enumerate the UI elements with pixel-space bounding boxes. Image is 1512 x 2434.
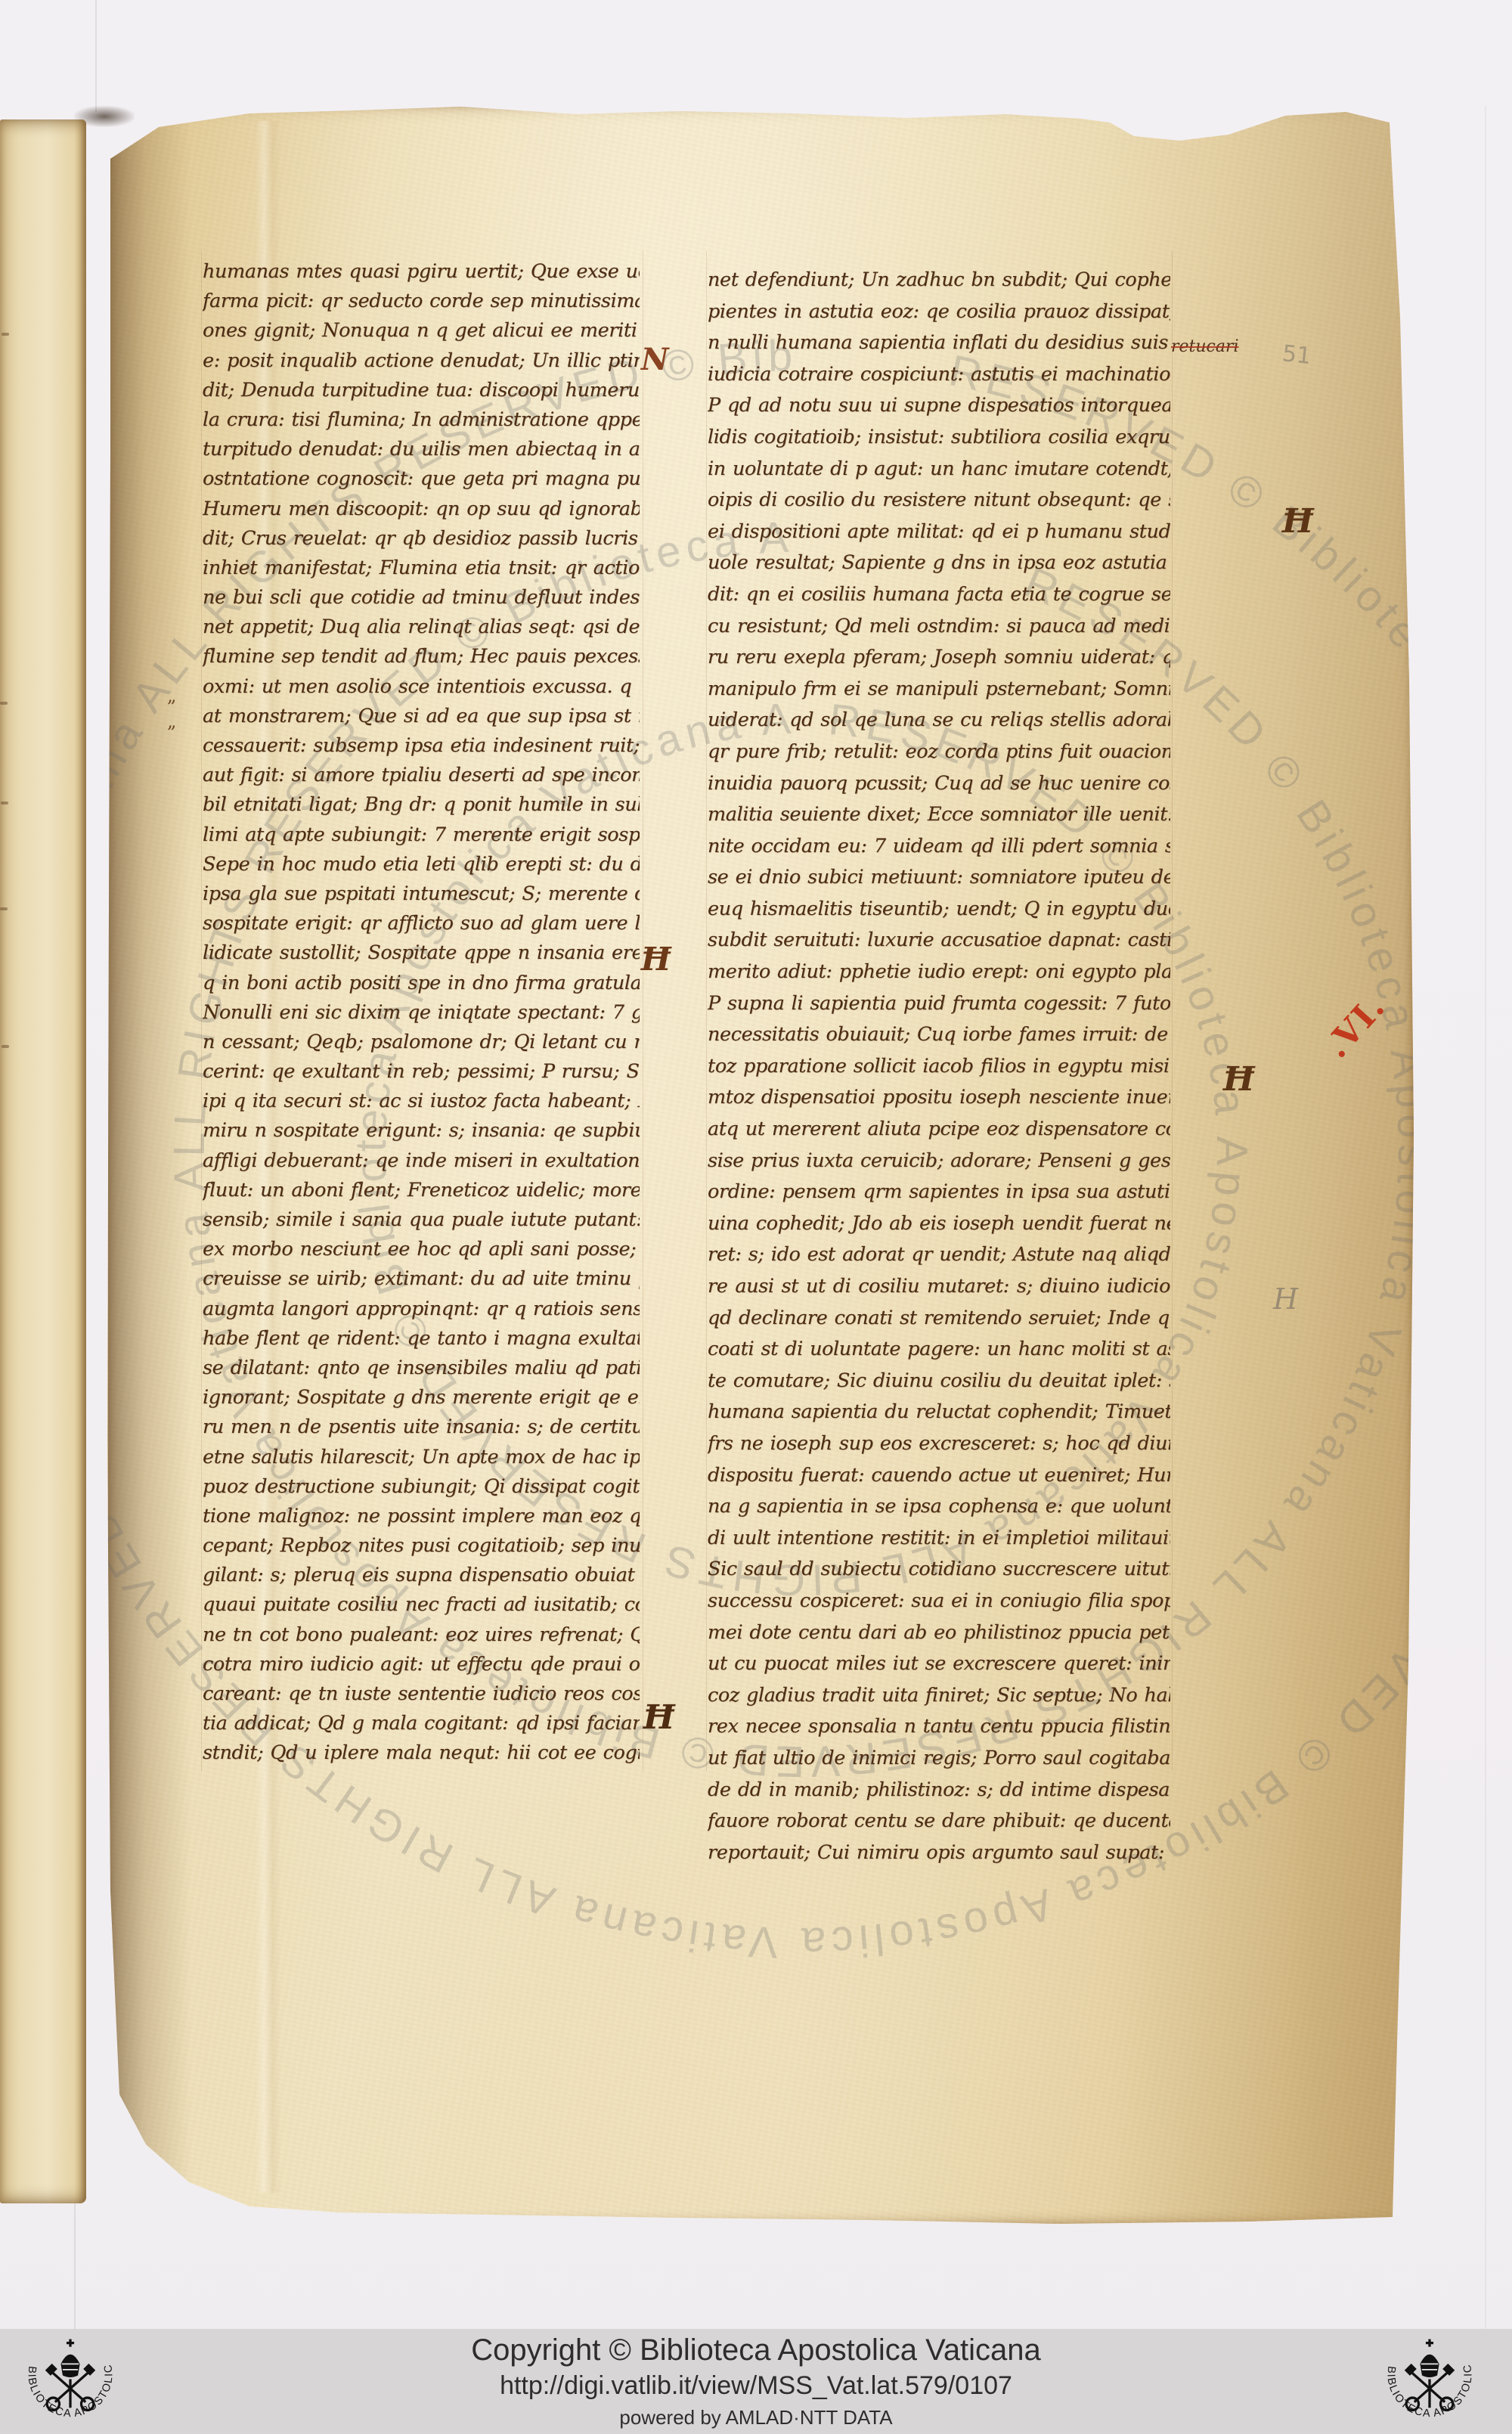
manuscript-text-line: lidis cogitatioib; insistut: subtiliora … [708,422,1170,454]
manuscript-text-line: tione malignoz: ne possint implere man e… [203,1502,640,1531]
manuscript-text-line: inhiet manifestat; Flumina etia tnsit: q… [203,553,640,583]
manuscript-text-line: subdit seruituti: luxurie accusatioe dap… [708,925,1170,957]
manuscript-text-line: se ei dnio subici metiuunt: somniatore i… [708,862,1170,894]
fore-edge-text-fragment [0,907,8,910]
manuscript-text-line: Nonulli eni sic dixim qe iniqtate specta… [203,998,640,1028]
manuscript-text-line: cerint: qe exultant in reb; pessimi; P r… [203,1057,640,1087]
manuscript-text-line: oipis di cosilio du resistere nitunt obs… [708,485,1170,516]
manuscript-text-line: cu resistunt; Qd meli ostndim: si pauca … [708,611,1170,643]
manuscript-text-line: limi atq apte subiungit: 7 merente erigi… [203,820,640,850]
fore-edge-text-fragment [1,802,8,805]
manuscript-text-line: ne bui scli que cotidie ad tminu defluut… [203,583,640,612]
manuscript-text-line: se dilatant: qnto qe insensibiles maliu … [203,1353,640,1383]
manuscript-text-line: mtoz dispensatioi ppositu ioseph nescien… [708,1082,1170,1114]
fore-edge-text-fragment [0,702,8,705]
manuscript-text-line: uole resultat; Sapiente g dns in ipsa eo… [708,547,1170,579]
struck-out-margin-word: retucari [1171,337,1241,356]
manuscript-text-line: uiderat: qd sol qe luna se cu reliqs ste… [708,705,1170,736]
manuscript-text-line: turpitudo denudat: du uilis men abiectaq… [203,435,640,464]
manuscript-text-line: P qd ad notu suu ui supne dispesatios in… [708,390,1170,422]
facing-page-fore-edge [0,119,86,2203]
manuscript-text-line: tia addicat; Qd g mala cogitant: qd ipsi… [203,1709,640,1738]
manuscript-text-line: humanas mtes quasi pgiru uertit; Que exs… [203,257,640,287]
manuscript-text-line: e: posit inqualib actione denudat; Un il… [203,346,640,376]
manuscript-text-line: ipi q ita securi st: ac si iustoz facta … [203,1087,640,1116]
manuscript-text-line: careant: qe tn iuste sententie iudicio r… [203,1679,640,1709]
manuscript-text-line: humana sapientia du reluctat cophendit; … [708,1397,1170,1428]
text-column-right: net defendiunt; Un zadhuc bn subdit; Qui… [708,265,1170,1868]
manuscript-text-line: net appetit; Duq alia relinqt alias seqt… [203,612,640,642]
manuscript-text-line: P supna li sapientia puid frumta cogessi… [708,988,1170,1020]
manuscript-text-line: uina cophedit; Jdo ab eis ioseph uendit … [708,1208,1170,1240]
manuscript-text-line: merito adiut: pphetie iudio erept: oni e… [708,957,1170,988]
manuscript-text-line: augmta langori appropinqnt: qr q ratiois… [203,1295,640,1324]
manuscript-text-line: ostntatione cognoscit: que geta pri magn… [203,464,640,494]
manuscript-page: RESERVED © Biblioteca Apostolica Vatican… [0,0,1512,2434]
manuscript-text-line: Sepe in hoc mudo etia leti qlib erepti s… [203,850,640,879]
manuscript-text-line: na g sapientia in se ipsa cophensa e: qu… [708,1491,1170,1523]
manuscript-text-line: stndit; Qd u iplere mala nequt: hii cot … [203,1738,640,1768]
manuscript-text-line: ignorant; Sospitate g dns merente erigit… [203,1383,640,1412]
manuscript-text-line: di uult intentione restitit: in ei imple… [708,1523,1170,1555]
manuscript-text-line: dit; Crus reuelat: qr qb desidioz passib… [203,524,640,553]
manuscript-text-line: gilant: s; pleruq eis supna dispensatio … [203,1561,640,1590]
manuscript-text-line: qd declinare conati st remitendo seruiet… [708,1303,1170,1335]
manuscript-text-line: creuisse se uirib; extimant: du ad uite … [203,1264,640,1294]
margin-quote-mark: „ [167,685,176,706]
copyright-footer-bar: Copyright © Biblioteca Apostolica Vatica… [0,2329,1512,2434]
manuscript-text-line: fluut: un aboni flent; Freneticoz uideli… [203,1176,640,1205]
manuscript-text-line: coz gladius tradit uita finiret; Sic sep… [708,1680,1170,1712]
sheet-seam-bottom-left [74,2199,76,2329]
fore-edge-text-fragment [2,333,9,336]
manuscript-text-line: etne salutis hilarescit; Un apte mox de … [203,1443,640,1472]
manuscript-text-line: qr pure frib; retulit: eoz corda ptins f… [708,736,1170,768]
manuscript-text-line: ordine: pensem qrm sapientes in ipsa sua… [708,1177,1170,1208]
manuscript-text-line: toz pparatione sollicit iacob filios in … [708,1051,1170,1083]
footer-copyright-text: Copyright © Biblioteca Apostolica Vatica… [0,2333,1512,2367]
manuscript-text-line: quaui puitate cosiliu nec fracti ad iusi… [203,1590,640,1620]
manuscript-text-line: necessitatis obuiauit; Cuq iorbe fames i… [708,1019,1170,1051]
ruling-line [643,251,643,1771]
vatican-library-logo-left: BIBLIOTECA APOSTOLICA VATICANA [11,2333,130,2429]
manuscript-text-line: ut cu puocat miles iut se excrescere que… [708,1648,1170,1680]
manuscript-text-line: inuidia pauorq pcussit; Cuq ad se huc ue… [708,768,1170,800]
manuscript-text-line: ei dispositioni apte militat: qd ei p hu… [708,516,1170,548]
manuscript-text-line: frs ne ioseph sup eos excresceret: s; ho… [708,1428,1170,1460]
manuscript-text-line: rex necee sponsalia n tantu centu ppucia… [708,1711,1170,1743]
manuscript-text-line: de dd in manib; philistinoz: s; dd intim… [708,1775,1170,1806]
manuscript-text-line: dit: qn ei cosiliis humana facta etia te… [708,579,1170,611]
manuscript-text-line: successu cospiceret: sua ei in coniugio … [708,1586,1170,1617]
manuscript-text-line: pientes in astutia eoz: qe cosilia prauo… [708,296,1170,328]
manuscript-text-line: cotra miro iudicio agit: ut effectu qde … [203,1650,640,1679]
margin-pencil-mark: H [1273,1282,1298,1316]
manuscript-text-line: dispositu fuerat: cauendo actue ut eueni… [708,1460,1170,1492]
manuscript-text-line: ru men n de psentis uite insania: s; de … [203,1412,640,1442]
manuscript-text-line: in uoluntate di p agut: un hanc imutare … [708,454,1170,485]
manuscript-text-line: ones gignit; Nonuqua n q get alicui ee m… [203,316,640,346]
manuscript-text-line: ut fiat ultio de inimici regis; Porro sa… [708,1743,1170,1775]
margin-nota-mark: N [641,342,669,377]
text-column-left: humanas mtes quasi pgiru uertit; Que exs… [203,257,640,1769]
manuscript-text-line: sensib; simile i sania qua puale iutute … [203,1205,640,1235]
papal-keys-tiara-emblem [1405,2339,1455,2411]
ruling-line [1172,251,1173,1771]
footer-url-text: http://digi.vatlib.it/view/MSS_Vat.lat.5… [0,2371,1512,2401]
manuscript-text-line: manipulo frm ei se manipuli psternebant;… [708,674,1170,705]
manuscript-text-line: mei dote centu dari ab eo philistinoz pp… [708,1617,1170,1649]
manuscript-text-line: bil etnitati ligat; Bng dr: q ponit humi… [203,790,640,820]
ruling-line [706,251,707,1771]
manuscript-text-line: cessauerit: subsemp ipsa etia indesinent… [203,731,640,761]
manuscript-text-line: ne tn cot bono pualeant: eoz uires refre… [203,1620,640,1650]
manuscript-text-line: ret: s; ido est adorat qr uendit; Astute… [708,1239,1170,1271]
margin-nota-mark: Ħ [641,941,671,978]
margin-quote-mark: „ [167,711,176,732]
manuscript-text-line: Sic saul dd subiectu cotidiano succresce… [708,1554,1170,1586]
manuscript-text-line: iudicia cotraire cospiciunt: astutis ei … [708,359,1170,391]
manuscript-text-line: atq ut mererent aliuta pcipe eoz dispens… [708,1114,1170,1146]
fore-edge-text-fragment [2,1045,9,1048]
manuscript-text-line: oxmi: ut men asolio sce intentiois excus… [203,672,640,702]
manuscript-text-line: ex morbo nesciunt ee hoc qd apli sani po… [203,1235,640,1264]
manuscript-text-line: re ausi st ut di cosiliu mutaret: s; diu… [708,1271,1170,1303]
manuscript-text-line: malitia seuiente dixet; Ecce somniator i… [708,799,1170,831]
manuscript-text-line: affligi debuerant: qe inde miseri in exu… [203,1146,640,1176]
footer-powered-by-text: powered by AMLAD·NTT DATA [0,2406,1512,2429]
manuscript-text-line: n nulli humana sapientia inflati du desi… [708,327,1170,359]
manuscript-text-line: sospitate erigit: qr afflicto suo ad gla… [203,909,640,938]
manuscript-text-line: Humeru men discoopit: qn op suu qd ignor… [203,495,640,524]
manuscript-text-line: te comutare; Sic diuinu cosiliu du deuit… [708,1366,1170,1397]
manuscript-text-line: n cessant; Qeqb; psalomone dr; Qi letant… [203,1028,640,1057]
manuscript-text-line: nite occidam eu: 7 uideam qd illi pdert … [708,831,1170,863]
manuscript-text-line: reportauit; Cui nimiru opis argumto saul… [708,1837,1170,1869]
manuscript-text-line: aut figit: si amore tpialiu deserti ad s… [203,761,640,790]
manuscript-text-line: euq hismaelitis tiseuntib; uendt; Q in e… [708,894,1170,926]
manuscript-text-line: farma picit: qr seducto corde sep minuti… [203,287,640,316]
vatican-library-logo-right: BIBLIOTECA APOSTOLICA VATICANA [1370,2333,1489,2429]
manuscript-text-line: ipsa gla sue pspitati intumescut; S; mer… [203,879,640,909]
manuscript-text-line: miru n sospitate erigunt: s; insania: qe… [203,1116,640,1146]
manuscript-text-line: at monstrarem; Que si ad ea que sup ipsa… [203,702,640,731]
manuscript-text-line: lidicate sustollit; Sospitate qppe n ins… [203,938,640,968]
manuscript-text-line: net defendiunt; Un zadhuc bn subdit; Qui… [708,265,1170,296]
sheet-seam-right [1485,106,1486,2329]
margin-nota-mark: Ħ [643,1698,675,1737]
manuscript-text-line: coati st di uoluntate pagere: un hanc mo… [708,1334,1170,1366]
manuscript-text-line: sise prius iuxta ceruicib; adorare; Pens… [708,1146,1170,1177]
manuscript-text-line: la crura: tisi flumina; In administratio… [203,405,640,435]
sheet-seam-top-left [95,0,97,112]
manuscript-text-line: flumine sep tendit ad flum; Hec pauis pe… [203,642,640,671]
manuscript-text-line: fauore roborat centu se dare phibuit: qe… [708,1806,1170,1837]
manuscript-text-line: ru reru exepla pferam; Joseph somniu uid… [708,642,1170,674]
margin-nota-mark: Ħ [1223,1060,1255,1099]
manuscript-text-line: puoz destructione subiungit; Qi dissipat… [203,1472,640,1502]
manuscript-text-line: q in boni actib positi spe in dno firma … [203,969,640,998]
manuscript-text-line: dit; Denuda turpitudine tua: discoopi hu… [203,376,640,405]
manuscript-text-line: habe flent qe rident: qe tanto i magna e… [203,1324,640,1353]
manuscript-text-line: cepant; Repboz nites pusi cogitatioib; s… [203,1531,640,1561]
ruling-line [201,251,202,1771]
folio-number-pencil: 51 [1281,340,1312,370]
margin-nota-mark: Ħ [1282,502,1314,541]
digitized-manuscript-scan: RESERVED © Biblioteca Apostolica Vatican… [0,0,1512,2434]
papal-keys-tiara-emblem [45,2339,95,2411]
